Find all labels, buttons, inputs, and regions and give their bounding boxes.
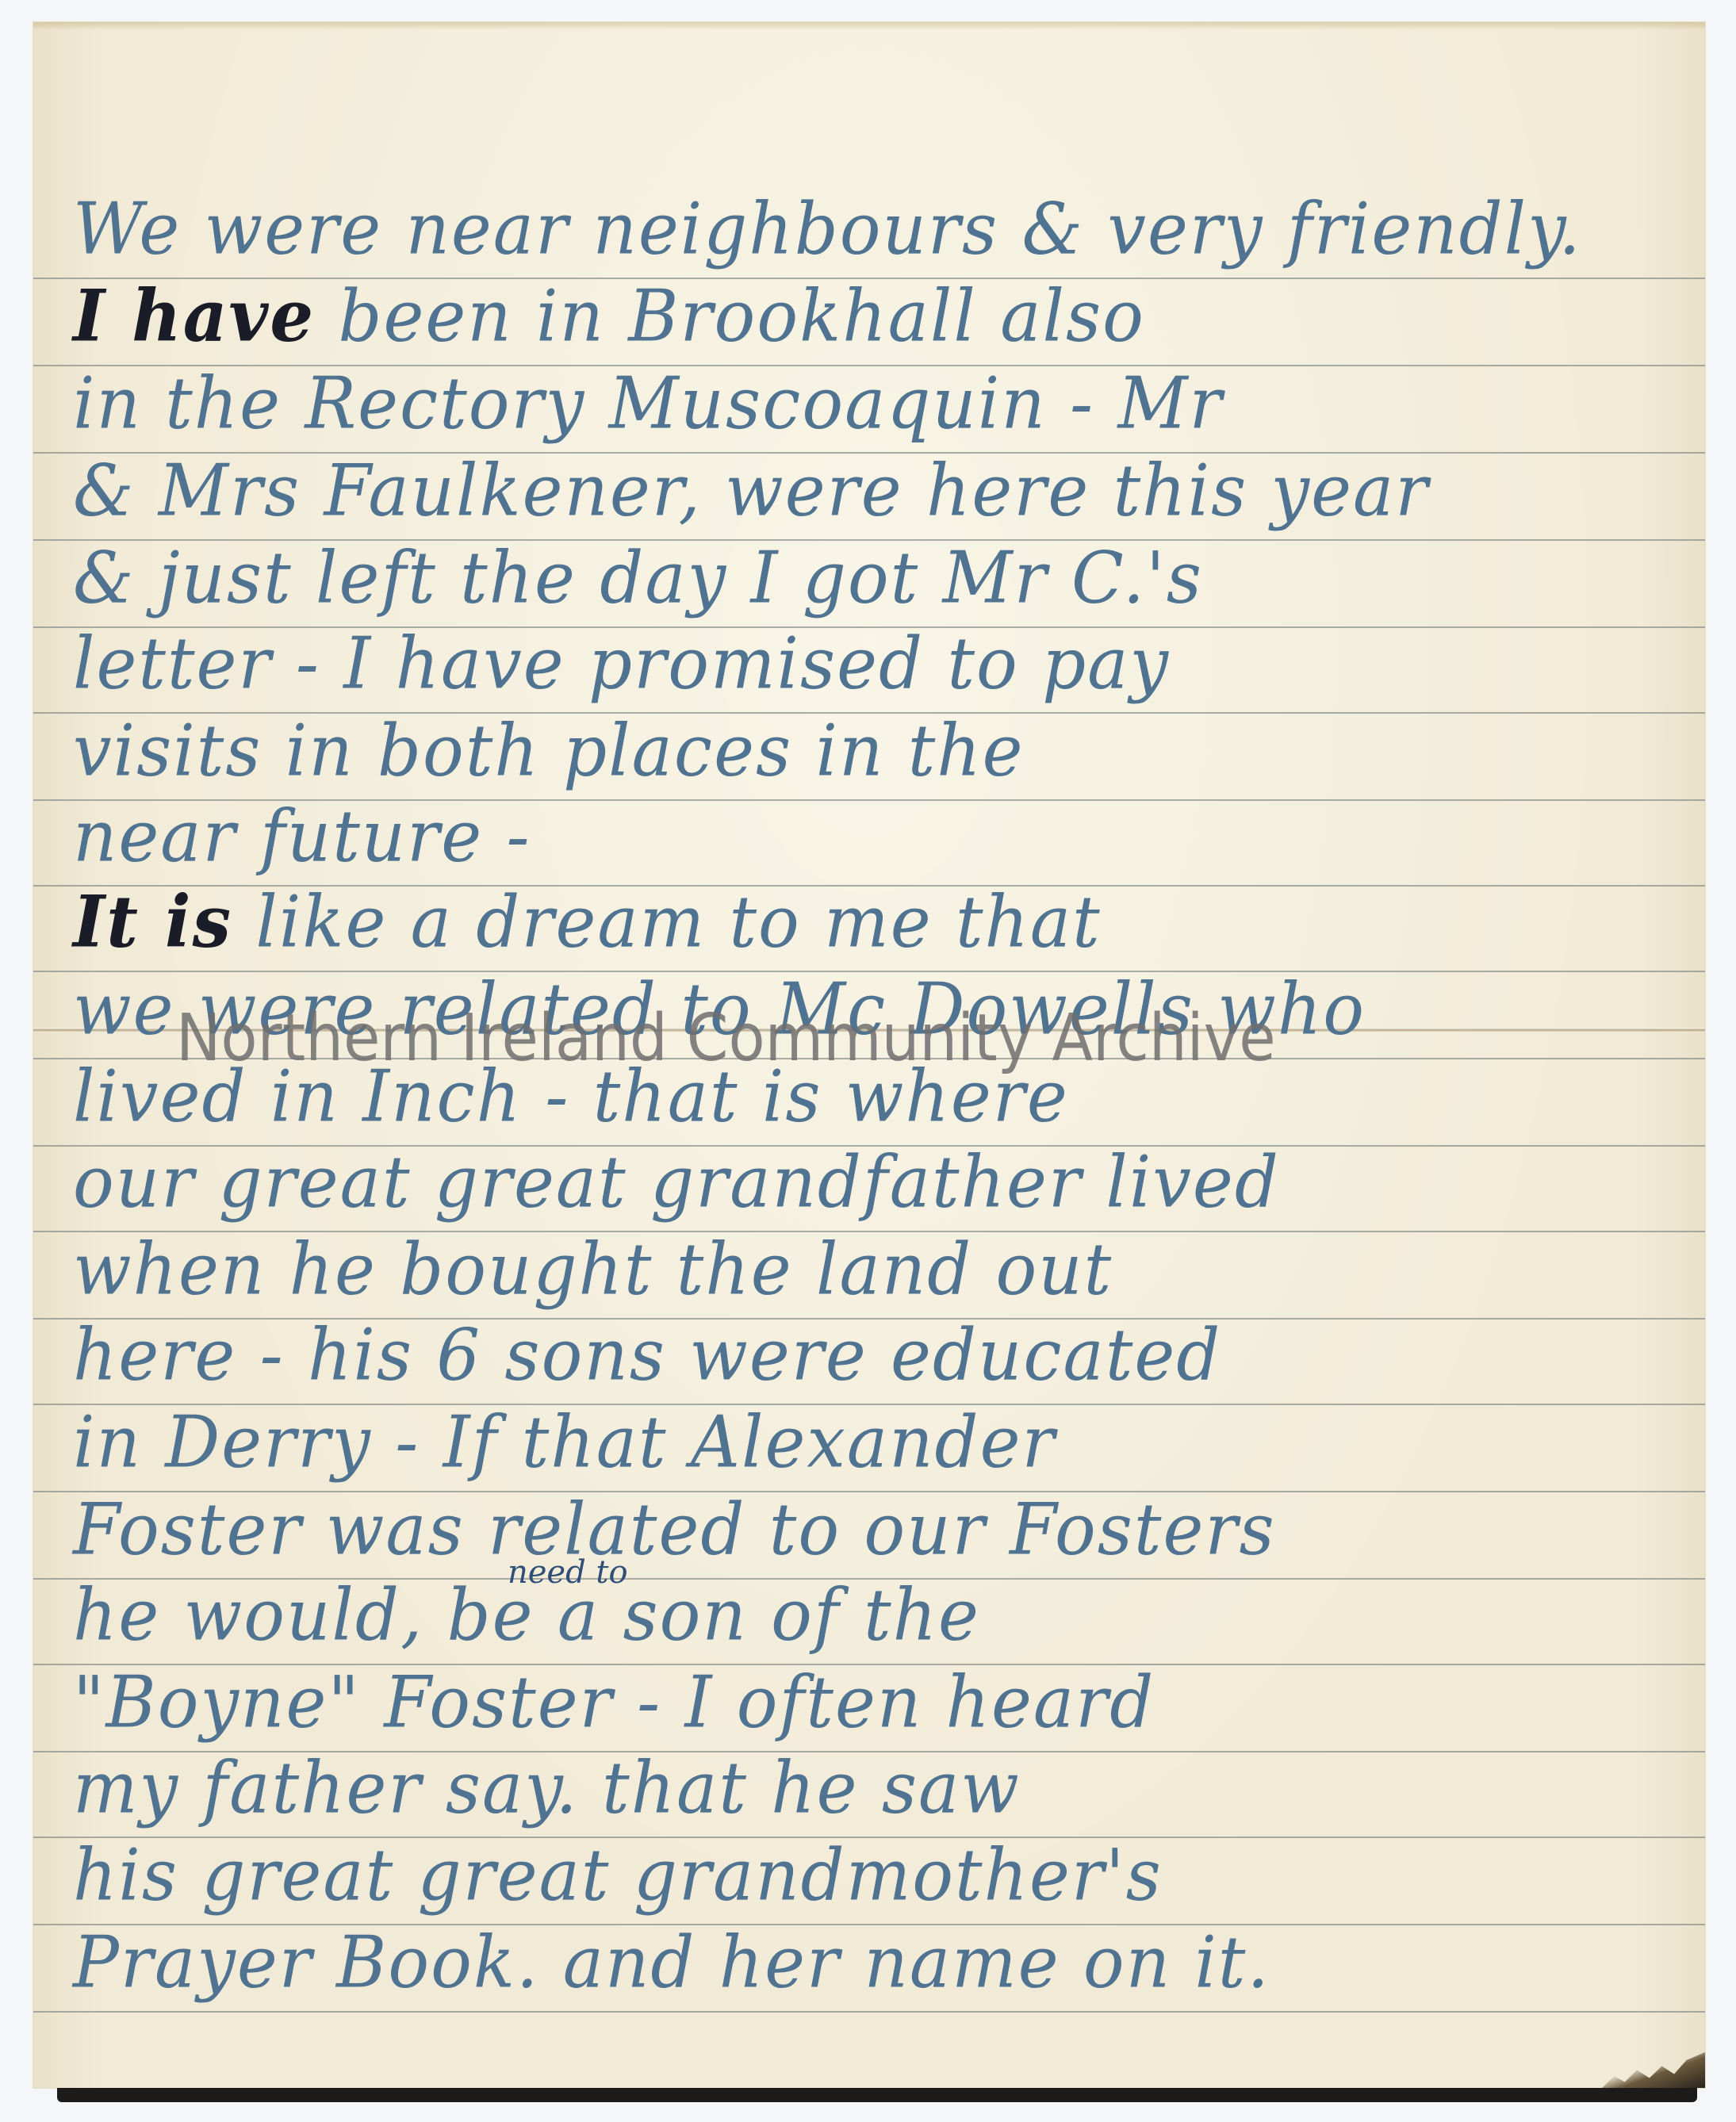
letter-line: We were near neighbours & very friendly. <box>73 179 1681 279</box>
letter-line: here - his 6 sons were educated <box>73 1305 1681 1405</box>
torn-corner <box>1602 2048 1705 2088</box>
paper-bottom-shadow <box>57 2088 1697 2102</box>
paper-top-edge <box>33 22 1705 30</box>
letter-line: letter - I have promised to pay <box>73 614 1681 714</box>
letter-line: I have been in Brookhall also <box>73 266 1681 366</box>
letter-line: my father say. that he saw <box>73 1738 1681 1838</box>
letter-line: he would, be a son of the <box>73 1565 1681 1665</box>
inserted-word: need to <box>508 1554 628 1591</box>
archive-watermark: Northern Ireland Community Archive <box>176 1001 1276 1076</box>
letter-line: his great great grandmother's <box>73 1825 1681 1925</box>
letter-line: & Mrs Faulkener, were here this year <box>73 441 1681 541</box>
letter-line: Prayer Book. and her name on it. <box>73 1913 1681 2013</box>
letter-line: in Derry - If that Alexander <box>73 1392 1681 1492</box>
letter-line: It is like a dream to me that <box>73 872 1681 972</box>
letter-line: in the Rectory Muscoaquin - Mr <box>73 354 1681 454</box>
letter-line: our great great grandfather lived <box>73 1132 1681 1232</box>
